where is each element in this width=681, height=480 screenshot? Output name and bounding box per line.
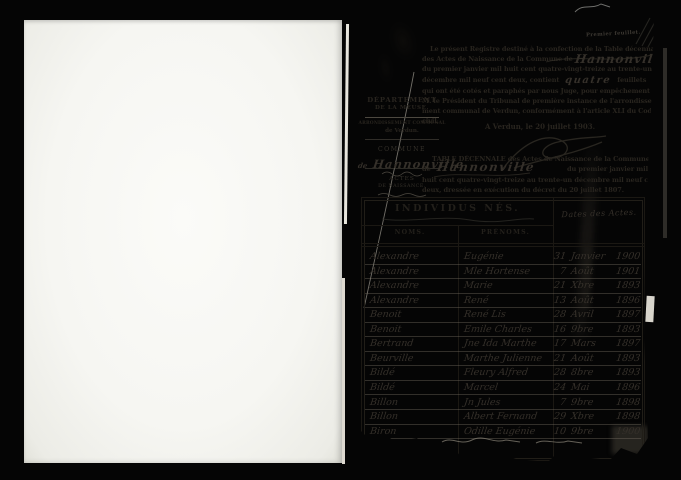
cell-month: Août [570,295,594,306]
cell-day: 13 [545,295,567,306]
cell-month: Août [570,266,594,277]
cell-prenom: Jn Jules [463,397,501,408]
pencil-rule [365,322,641,323]
cell-year: 1896 [615,382,641,393]
pencil-rule [365,424,641,425]
pencil-rule [365,264,641,265]
cell-year: 1893 [615,324,641,335]
cell-month: Mai [570,382,590,393]
cell-prenom: Marie [463,280,493,291]
cell-year: 1896 [615,295,641,306]
feuillet-count-handwritten: quatre [565,76,612,86]
cell-month: Janvier [570,251,606,262]
certificate-line: qui ont été cotés et paraphés par nous J… [422,86,648,96]
page-edge-sliver [663,48,667,238]
cell-nom: Alexandre [369,251,419,262]
department-label: DE LA MEUSE. [356,105,448,111]
page-edge-sliver [645,296,654,322]
pencil-rule [365,307,641,308]
title-text: de [422,164,431,174]
cell-nom: Bertrand [369,338,414,349]
cell-prenom: Fleury Alfred [463,367,529,378]
page-edge-sliver [342,278,345,464]
cell-day: 28 [545,309,567,320]
cell-prenom: Jne Ida Marthe [463,338,537,349]
cell-year: 1897 [615,309,641,320]
cell-nom: Billon [369,411,398,422]
arrondissement-label: de Verdun. [356,128,448,134]
department-label: DÉPARTEMENT [356,96,448,104]
pencil-rule [365,278,641,279]
cell-year: 1893 [615,367,641,378]
margin-rule [365,139,439,140]
pencil-rule [365,293,641,294]
cell-year: 1897 [615,338,641,349]
pencil-rule [365,351,641,352]
cell-nom: Bildé [369,367,395,378]
cell-nom: Alexandre [369,280,419,291]
cell-month: Xbre [570,411,595,422]
cell-nom: Benoit [369,324,402,335]
scanned-register-page: Premier feuillet. Le présent Registre de… [0,0,681,480]
certificate-text: feuillets [617,76,646,84]
cell-year: 1893 [615,353,641,364]
pencil-rule [365,336,641,337]
underline-flourish [544,52,656,66]
cell-nom: Alexandre [369,295,419,306]
cell-nom: Beurville [369,353,414,364]
cell-month: 8bre [570,367,594,378]
cell-day: 29 [545,411,567,422]
cell-day: 24 [545,382,567,393]
cell-prenom: Mle Hortense [463,266,531,277]
cell-prenom: Marthe Julienne [463,353,543,364]
table-rows: AlexandreEugénie31Janvier1900AlexandreMl… [362,198,644,460]
cell-prenom: Albert Fernand [463,411,538,422]
cell-prenom: Eugénie [463,251,504,262]
births-table: INDIVIDUS NÉS. Dates des Actes. NOMS. PR… [361,197,645,461]
partial-row-remnant [440,434,600,450]
title-text: du premier janvier mil [567,164,648,174]
cell-nom: Biron [369,426,397,437]
pencil-rule [365,394,641,395]
cell-day: 21 [545,353,567,364]
cell-day: 28 [545,367,567,378]
cell-month: 9bre [570,397,594,408]
cell-day: 21 [545,280,567,291]
cell-month: Xbre [570,280,595,291]
pencil-rule [365,409,641,410]
underline-flourish [432,170,532,180]
commune-label: COMMUNE [356,146,448,153]
register-first-leaf: Premier feuillet. Le présent Registre de… [344,8,662,472]
title-line: deux, dressée en exécution du décret du … [422,185,648,195]
cell-month: Avril [570,309,594,320]
cell-nom: Alexandre [369,266,419,277]
certificate-line: M. le Président du Tribunal de première … [422,96,648,106]
cell-year: 1901 [615,266,641,277]
cell-prenom: Emile Charles [463,324,532,335]
cell-month: Mars [570,338,596,349]
pencil-rule [365,380,641,381]
cell-day: 16 [545,324,567,335]
cell-day: 7 [545,266,567,277]
certificate-line: ment communal de Verdun, conformément à … [422,106,648,116]
cell-month: Août [570,353,594,364]
cell-prenom: René [463,295,489,306]
cell-prenom: René Lis [463,309,506,320]
certificate-line: décembre mil neuf cent deux, contientqua… [422,75,648,86]
cell-nom: Benoit [369,309,402,320]
blank-left-page [24,20,342,463]
cell-nom: Billon [369,397,398,408]
cell-day: 31 [545,251,567,262]
cell-year: 1893 [615,280,641,291]
cell-day: 17 [545,338,567,349]
cell-day: 7 [545,397,567,408]
cell-month: 9bre [570,324,594,335]
dateline: A Verdun, le 20 juillet 1903. [462,122,618,131]
cell-year: 1898 [615,397,641,408]
cell-year: 1898 [615,411,641,422]
cell-year: 1900 [615,251,641,262]
cell-year: 1900 [615,426,641,437]
arrondissement-label: ARRONDISSEMENT COMMUNAL [356,121,448,126]
cell-nom: Bildé [369,382,395,393]
margin-rule [365,117,439,118]
pencil-rule [365,365,641,366]
cell-prenom: Marcel [463,382,498,393]
certificate-text: décembre mil neuf cent deux, contient [422,76,559,84]
